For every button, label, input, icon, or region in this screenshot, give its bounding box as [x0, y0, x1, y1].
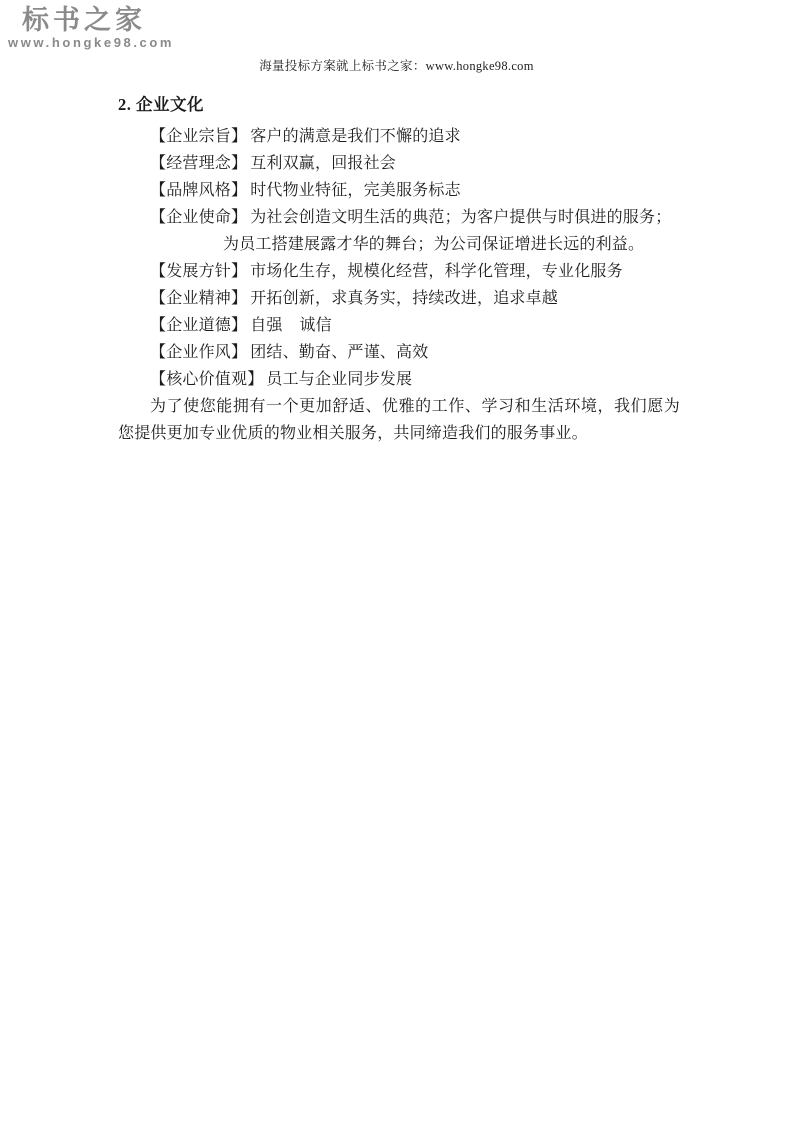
culture-item-purpose: 【企业宗旨】客户的满意是我们不懈的追求 [150, 123, 680, 150]
item-content: 互利双赢，回报社会 [250, 155, 396, 172]
closing-paragraph: 为了使您能拥有一个更加舒适、优雅的工作、学习和生活环境，我们愿为您提供更加专业优… [118, 393, 680, 447]
item-label: 【经营理念】 [150, 155, 247, 172]
item-label: 【企业使命】 [150, 209, 247, 226]
item-label: 【企业道德】 [150, 317, 247, 334]
culture-item-development-policy: 【发展方针】市场化生存，规模化经营，科学化管理，专业化服务 [150, 258, 680, 285]
culture-item-philosophy: 【经营理念】互利双赢，回报社会 [150, 150, 680, 177]
header-tagline: 海量投标方案就上标书之家：www.hongke98.com [0, 56, 793, 74]
culture-section: 2. 企业文化 【企业宗旨】客户的满意是我们不懈的追求 【经营理念】互利双赢，回… [118, 91, 680, 447]
item-content: 客户的满意是我们不懈的追求 [250, 128, 461, 145]
item-content: 团结、勤奋、严谨、高效 [250, 344, 428, 361]
item-content: 市场化生存，规模化经营，科学化管理，专业化服务 [250, 263, 623, 280]
item-label: 【企业精神】 [150, 290, 247, 307]
culture-item-work-style: 【企业作风】团结、勤奋、严谨、高效 [150, 339, 680, 366]
item-content-continuation: 为员工搭建展露才华的舞台；为公司保证增进长远的利益。 [223, 231, 680, 258]
item-label: 【核心价值观】 [150, 371, 263, 388]
item-content: 自强 诚信 [250, 317, 332, 334]
culture-item-brand-style: 【品牌风格】时代物业特征，完美服务标志 [150, 177, 680, 204]
culture-item-spirit: 【企业精神】开拓创新，求真务实，持续改进，追求卓越 [150, 285, 680, 312]
brand-logo: 标书之家 www.hongke98.com [8, 6, 174, 50]
item-label: 【企业宗旨】 [150, 128, 247, 145]
item-content: 为社会创造文明生活的典范；为客户提供与时俱进的服务； [250, 209, 671, 226]
item-label: 【发展方针】 [150, 263, 247, 280]
item-content: 开拓创新，求真务实，持续改进，追求卓越 [250, 290, 558, 307]
culture-item-core-values: 【核心价值观】员工与企业同步发展 [150, 366, 680, 393]
culture-item-mission: 【企业使命】为社会创造文明生活的典范；为客户提供与时俱进的服务；为员工搭建展露才… [150, 204, 680, 258]
item-content: 员工与企业同步发展 [266, 371, 412, 388]
culture-item-ethics: 【企业道德】自强 诚信 [150, 312, 680, 339]
document-page: 标书之家 www.hongke98.com 海量投标方案就上标书之家：www.h… [0, 0, 793, 1122]
item-label: 【企业作风】 [150, 344, 247, 361]
item-content: 时代物业特征，完美服务标志 [250, 182, 461, 199]
logo-brand-text: 标书之家 [8, 6, 174, 34]
logo-url-text: www.hongke98.com [8, 35, 174, 50]
section-heading: 2. 企业文化 [118, 91, 680, 118]
item-label: 【品牌风格】 [150, 182, 247, 199]
